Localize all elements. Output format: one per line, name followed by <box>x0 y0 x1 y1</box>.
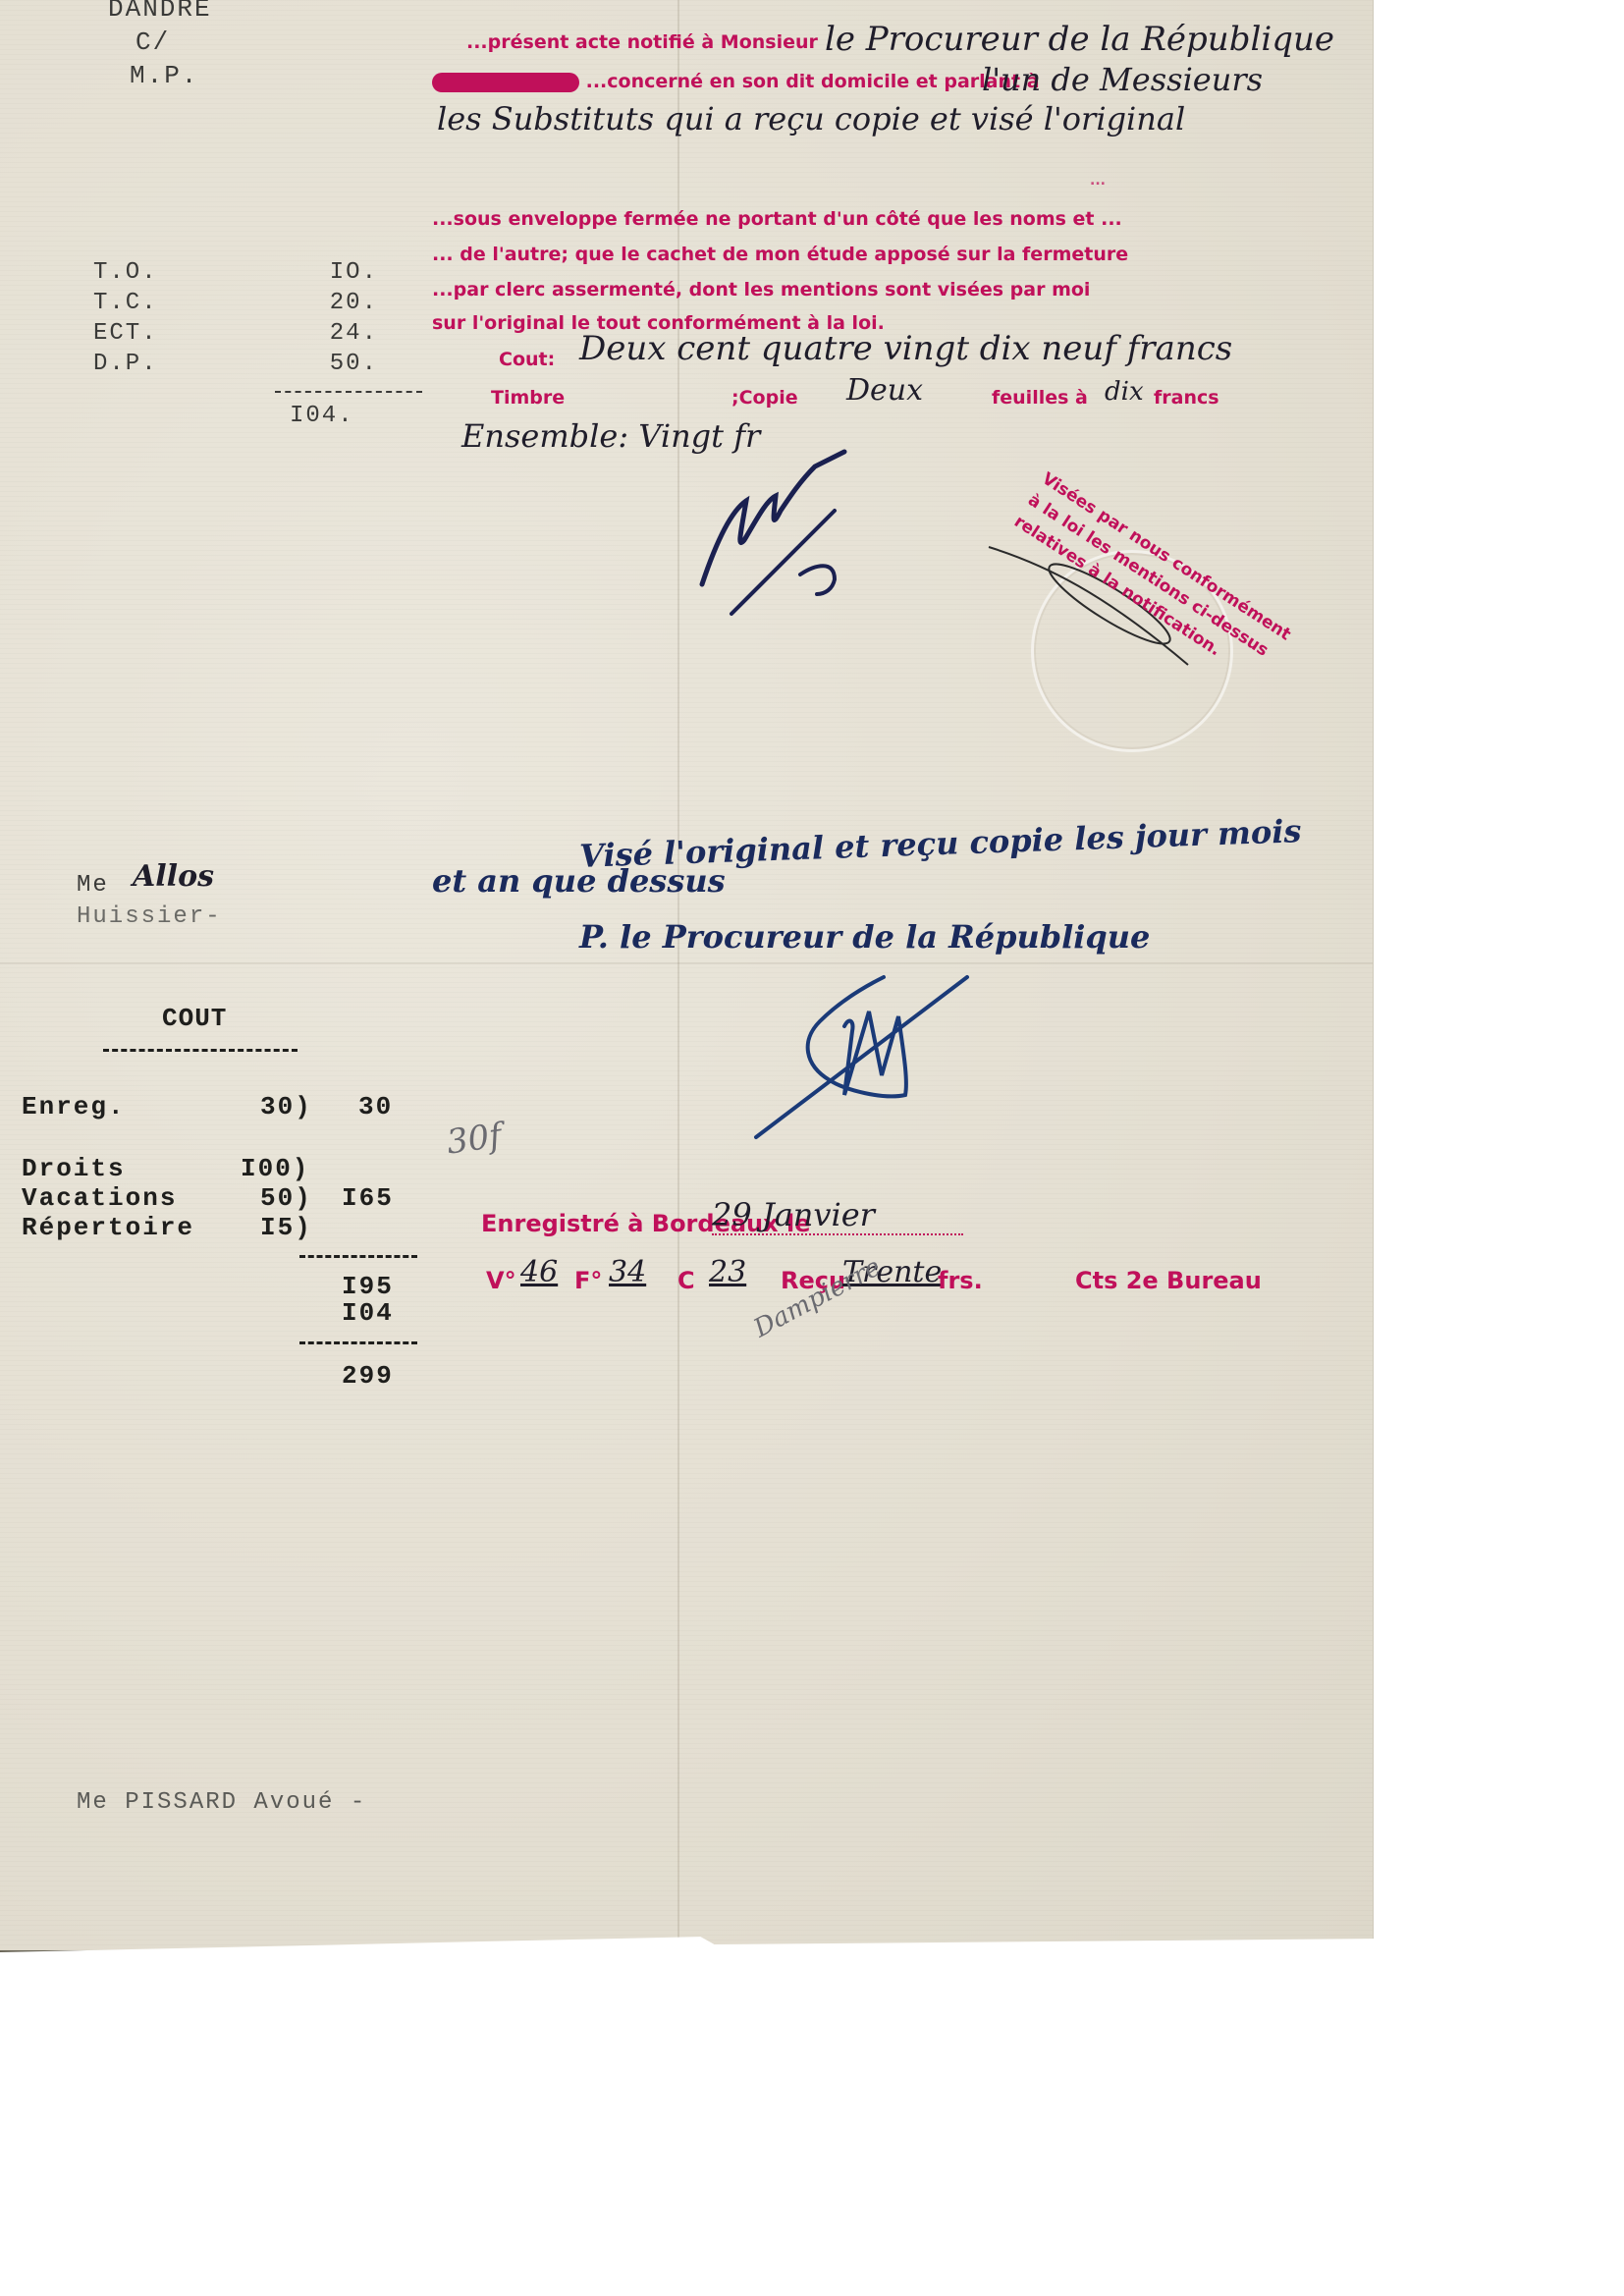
stamp-line-2: ...concerné en son dit domicile et parla… <box>432 71 1040 92</box>
grand-total: 299 <box>342 1361 394 1391</box>
vacations-value: 50) <box>260 1183 312 1213</box>
fold-line-horizontal <box>0 962 1373 964</box>
registration-volume: 46 <box>520 1255 558 1289</box>
feuilles-label: feuilles à <box>992 387 1088 409</box>
registration-folio: 34 <box>609 1255 646 1289</box>
versus-mark: C/ <box>135 26 212 59</box>
total-separator <box>299 1341 417 1344</box>
droits-label: Droits <box>22 1154 126 1183</box>
francs-label: francs <box>1154 387 1219 409</box>
fee-row: ECT.24. <box>93 318 378 349</box>
party-2: M.P. <box>130 59 212 92</box>
timbre-label: Timbre <box>491 387 565 409</box>
fee-row: D.P.50. <box>93 349 378 379</box>
registration-frs-label: frs. <box>938 1267 983 1294</box>
smudged-stamp <box>432 73 579 92</box>
signature-icon <box>687 442 884 629</box>
avoue-line: Me PISSARD Avoué - <box>77 1789 366 1816</box>
registration-date: 29 Janvier <box>712 1196 963 1235</box>
fee-row: T.C.20. <box>93 288 378 318</box>
registration-case-label: C <box>677 1267 695 1294</box>
visa-note-line-3: P. le Procureur de la République <box>579 918 1150 956</box>
margin-note: 30f <box>444 1116 504 1162</box>
fees-summary: T.O.IO. T.C.20. ECT.24. D.P.50. I04. <box>93 257 422 431</box>
document-paper: DANDRE C/ M.P. T.O.IO. T.C.20. ECT.24. D… <box>0 0 1374 1952</box>
stamp-line-clerc: ...par clerc assermenté, dont les mentio… <box>432 279 1090 301</box>
registration-folio-label: F° <box>574 1267 602 1294</box>
party-1: DANDRE <box>108 0 212 26</box>
stamp-line-envelope: ...sous enveloppe fermée ne portant d'un… <box>432 208 1122 230</box>
copie-label: ;Copie <box>731 387 798 409</box>
fee-total: I04. <box>290 401 422 431</box>
fee-separator <box>275 391 422 393</box>
enreg-value: 30) <box>260 1092 312 1121</box>
fee-row: T.O.IO. <box>93 257 378 288</box>
repertoire-label: Répertoire <box>22 1213 194 1242</box>
enreg-subtotal: 30 <box>358 1092 393 1121</box>
enreg-label: Enreg. <box>22 1092 126 1121</box>
droits-value: I00) <box>241 1154 309 1183</box>
sum-line-2: I04 <box>342 1298 394 1328</box>
registration-volume-prefix: V° <box>486 1267 516 1294</box>
stamp-line-faded: ... <box>1090 173 1106 189</box>
registration-case: 23 <box>709 1255 746 1289</box>
registration-cts-label: Cts 2e Bureau <box>1075 1267 1262 1294</box>
cost-title: COUT <box>162 1004 227 1033</box>
cost-title-underline <box>103 1049 298 1052</box>
group-subtotal: I65 <box>342 1183 394 1213</box>
vacations-label: Vacations <box>22 1183 177 1213</box>
procureur-signature-icon <box>746 972 972 1149</box>
huissier-name: Allos <box>133 859 214 894</box>
repertoire-value: I5) <box>260 1213 312 1242</box>
hand-messieurs: l'un de Messieurs <box>982 61 1263 98</box>
subtotal-separator <box>299 1255 417 1258</box>
sum-line-1: I95 <box>342 1272 394 1301</box>
stamp-line-1: ...présent acte notifié à Monsieur <box>466 31 818 53</box>
huissier-title: Huissier- <box>77 903 222 930</box>
huissier-prefix: Me <box>77 872 109 899</box>
visa-note-line-2: et an que dessus <box>432 862 726 900</box>
hand-substituts: les Substituts qui a reçu copie et visé … <box>437 100 1185 137</box>
hand-procureur: le Procureur de la République <box>825 20 1334 59</box>
cout-label: Cout: <box>499 349 555 370</box>
case-header: DANDRE C/ M.P. <box>108 0 212 92</box>
hand-copie-count: Deux <box>846 373 923 408</box>
stamp-line-cachet: ... de l'autre; que le cachet de mon étu… <box>432 244 1128 265</box>
hand-feuilles-price: dix <box>1105 377 1144 407</box>
hand-cout-amount: Deux cent quatre vingt dix neuf francs <box>579 329 1232 368</box>
